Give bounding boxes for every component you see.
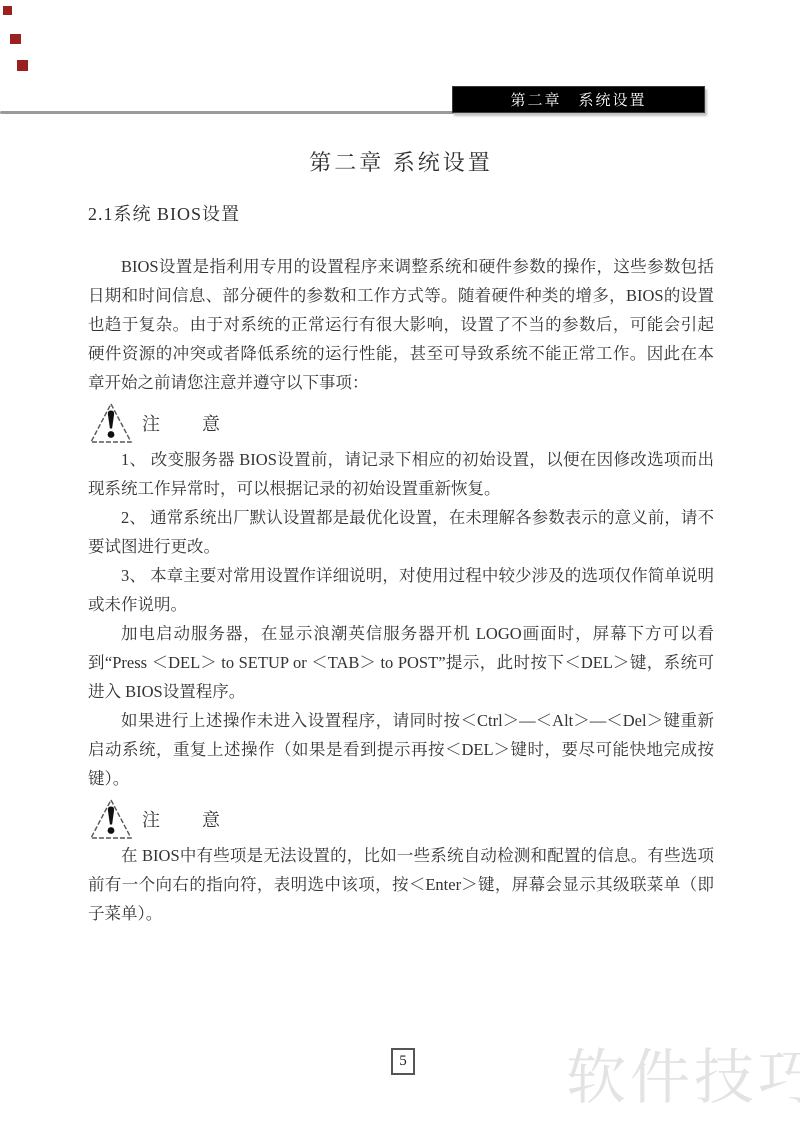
section-heading: 2.1系统 BIOS设置 — [88, 202, 714, 226]
note-block-1: 注 意 — [88, 401, 714, 445]
note-item-1: 1、 改变服务器 BIOS设置前，请记录下相应的初始设置，以便在因修改选项而出现… — [88, 445, 714, 503]
note-label: 注 意 — [142, 410, 232, 436]
page-number-box: 5 — [391, 1048, 415, 1075]
manual-page: 第二章 系统设置 第二章 系统设置 2.1系统 BIOS设置 BIOS设置是指利… — [0, 0, 800, 1129]
scan-artifact-mark — [3, 6, 12, 15]
boot-paragraph: 加电启动服务器，在显示浪潮英信服务器开机 LOGO画面时，屏幕下方可以看到“Pr… — [88, 619, 714, 706]
note-item-3: 3、 本章主要对常用设置作详细说明，对使用过程中较少涉及的选项仅作简单说明或未作… — [88, 561, 714, 619]
page-number: 5 — [399, 1053, 407, 1070]
note-block-2: 注 意 — [88, 797, 714, 841]
page-content: 第二章 系统设置 2.1系统 BIOS设置 BIOS设置是指利用专用的设置程序来… — [88, 148, 714, 928]
running-header-bar: 第二章 系统设置 — [452, 86, 705, 113]
chapter-title: 第二章 系统设置 — [88, 148, 714, 178]
bios-note-paragraph: 在 BIOS中有些项是无法设置的，比如一些系统自动检测和配置的信息。有些选项前有… — [88, 841, 714, 928]
restart-paragraph: 如果进行上述操作未进入设置程序，请同时按＜Ctrl＞—＜Alt＞—＜Del＞键重… — [88, 706, 714, 793]
note-item-2: 2、 通常系统出厂默认设置都是最优化设置，在未理解各参数表示的意义前，请不要试图… — [88, 503, 714, 561]
note-label: 注 意 — [142, 806, 232, 832]
watermark-text: 软件技巧 — [566, 1030, 800, 1116]
running-header-title: 第二章 系统设置 — [510, 89, 646, 110]
intro-paragraph: BIOS设置是指利用专用的设置程序来调整系统和硬件参数的操作，这些参数包括日期和… — [88, 252, 714, 397]
warning-icon — [88, 797, 134, 841]
scan-artifact-mark — [17, 60, 28, 71]
warning-icon — [88, 401, 134, 445]
scan-artifact-mark — [10, 34, 21, 44]
